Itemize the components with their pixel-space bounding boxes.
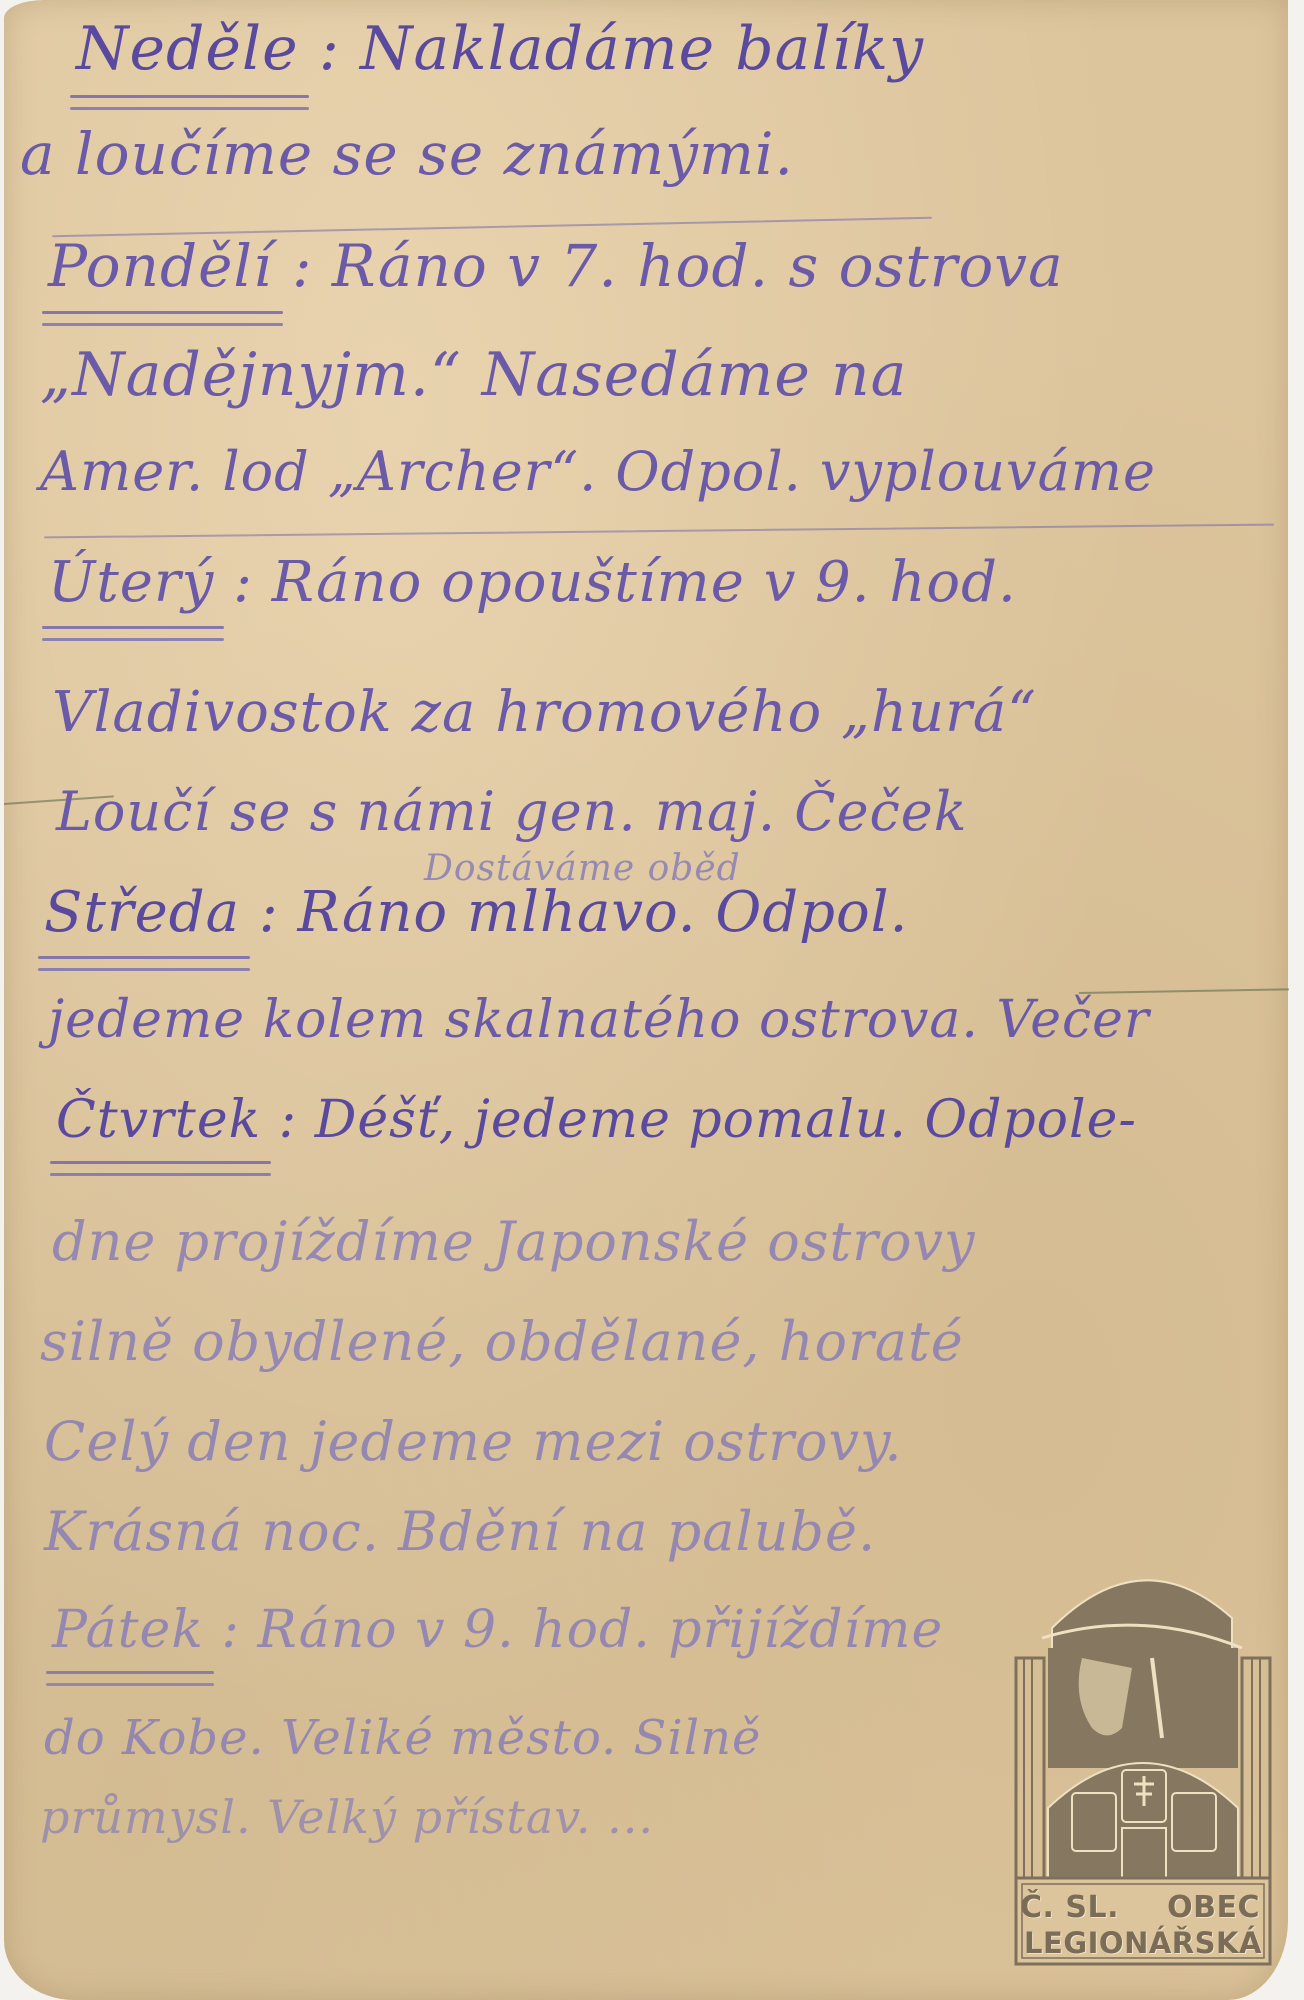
day-heading-tuesday: Úterý	[48, 550, 214, 619]
entry-text: Vladivostok za hromového „hurá“	[52, 680, 1037, 745]
entry-text: dne projíždíme Japonské ostrovy	[52, 1210, 976, 1273]
day-heading-monday: Pondělí	[48, 232, 273, 304]
entry-text: a loučíme se se známými.	[20, 120, 794, 188]
entry-text: Ráno v 9. hod. přijíždíme	[257, 1600, 943, 1660]
entry-line: Středa : Ráno mlhavo. Odpol.	[44, 880, 908, 949]
entry-text: jedeme kolem skalnatého ostrova. Večer	[48, 990, 1150, 1050]
watermark-line2: LEGIONÁŘSKÁ	[1020, 1926, 1266, 1960]
legion-watermark: Č. SL. OBEC LEGIONÁŘSKÁ	[1012, 1548, 1274, 1968]
entry-line: Krásná noc. Bdění na palubě.	[44, 1500, 876, 1563]
entry-text: Nakladáme balíky	[360, 14, 924, 84]
entry-text: Loučí se s námi gen. maj. Čeček	[56, 780, 967, 843]
entry-text: Ráno opouštíme v 9. hod.	[272, 550, 1017, 615]
entry-line: Pondělí : Ráno v 7. hod. s ostrova	[48, 232, 1064, 304]
watermark-text-obec: OBEC	[1167, 1890, 1260, 1925]
day-heading-wednesday: Středa	[44, 880, 240, 949]
entry-text: průmysl. Velký přístav. ...	[40, 1790, 654, 1844]
entry-text: Ráno mlhavo. Odpol.	[298, 880, 909, 945]
entry-text: Ráno v 7. hod. s ostrova	[332, 232, 1064, 300]
entry-text: do Kobe. Veliké město. Silně	[44, 1710, 761, 1766]
entry-text: Déšť, jedeme pomalu. Odpole-	[315, 1090, 1137, 1150]
day-heading-thursday: Čtvrtek	[56, 1090, 261, 1154]
entry-line: silně obydlené, obdělané, horaté	[40, 1310, 964, 1373]
day-heading-friday: Pátek	[52, 1600, 204, 1664]
entry-line: dne projíždíme Japonské ostrovy	[52, 1210, 976, 1273]
watermark-text-csl: Č. SL.	[1020, 1890, 1119, 1925]
entry-line: Pátek : Ráno v 9. hod. přijíždíme	[52, 1600, 943, 1664]
entry-line: průmysl. Velký přístav. ...	[40, 1790, 654, 1844]
entry-line: Celý den jedeme mezi ostrovy.	[44, 1410, 903, 1473]
entry-text: Krásná noc. Bdění na palubě.	[44, 1500, 876, 1563]
entry-line: Loučí se s námi gen. maj. Čeček	[56, 780, 967, 843]
day-heading-sunday: Neděle	[76, 14, 299, 88]
entry-text: silně obydlené, obdělané, horaté	[40, 1310, 964, 1373]
entry-line: a loučíme se se známými.	[20, 120, 794, 188]
entry-text: Celý den jedeme mezi ostrovy.	[44, 1410, 903, 1473]
entry-line: Amer. lod „Archer“. Odpol. vyplouváme	[40, 440, 1156, 503]
entry-text: „Nadějnyjm.“ Nasedáme na	[40, 340, 907, 410]
watermark-line1: Č. SL. OBEC	[1020, 1890, 1266, 1925]
entry-line: jedeme kolem skalnatého ostrova. Večer	[48, 990, 1150, 1050]
entry-line: do Kobe. Veliké město. Silně	[44, 1710, 761, 1766]
entry-line: „Nadějnyjm.“ Nasedáme na	[40, 340, 907, 410]
entry-line: Čtvrtek : Déšť, jedeme pomalu. Odpole-	[56, 1090, 1137, 1154]
entry-line: Neděle : Nakladáme balíky	[76, 14, 924, 88]
entry-text: Amer. lod „Archer“. Odpol. vyplouváme	[40, 440, 1156, 503]
entry-line: Vladivostok za hromového „hurá“	[52, 680, 1037, 745]
separator-line	[44, 524, 1274, 539]
entry-line: Úterý : Ráno opouštíme v 9. hod.	[48, 550, 1017, 619]
